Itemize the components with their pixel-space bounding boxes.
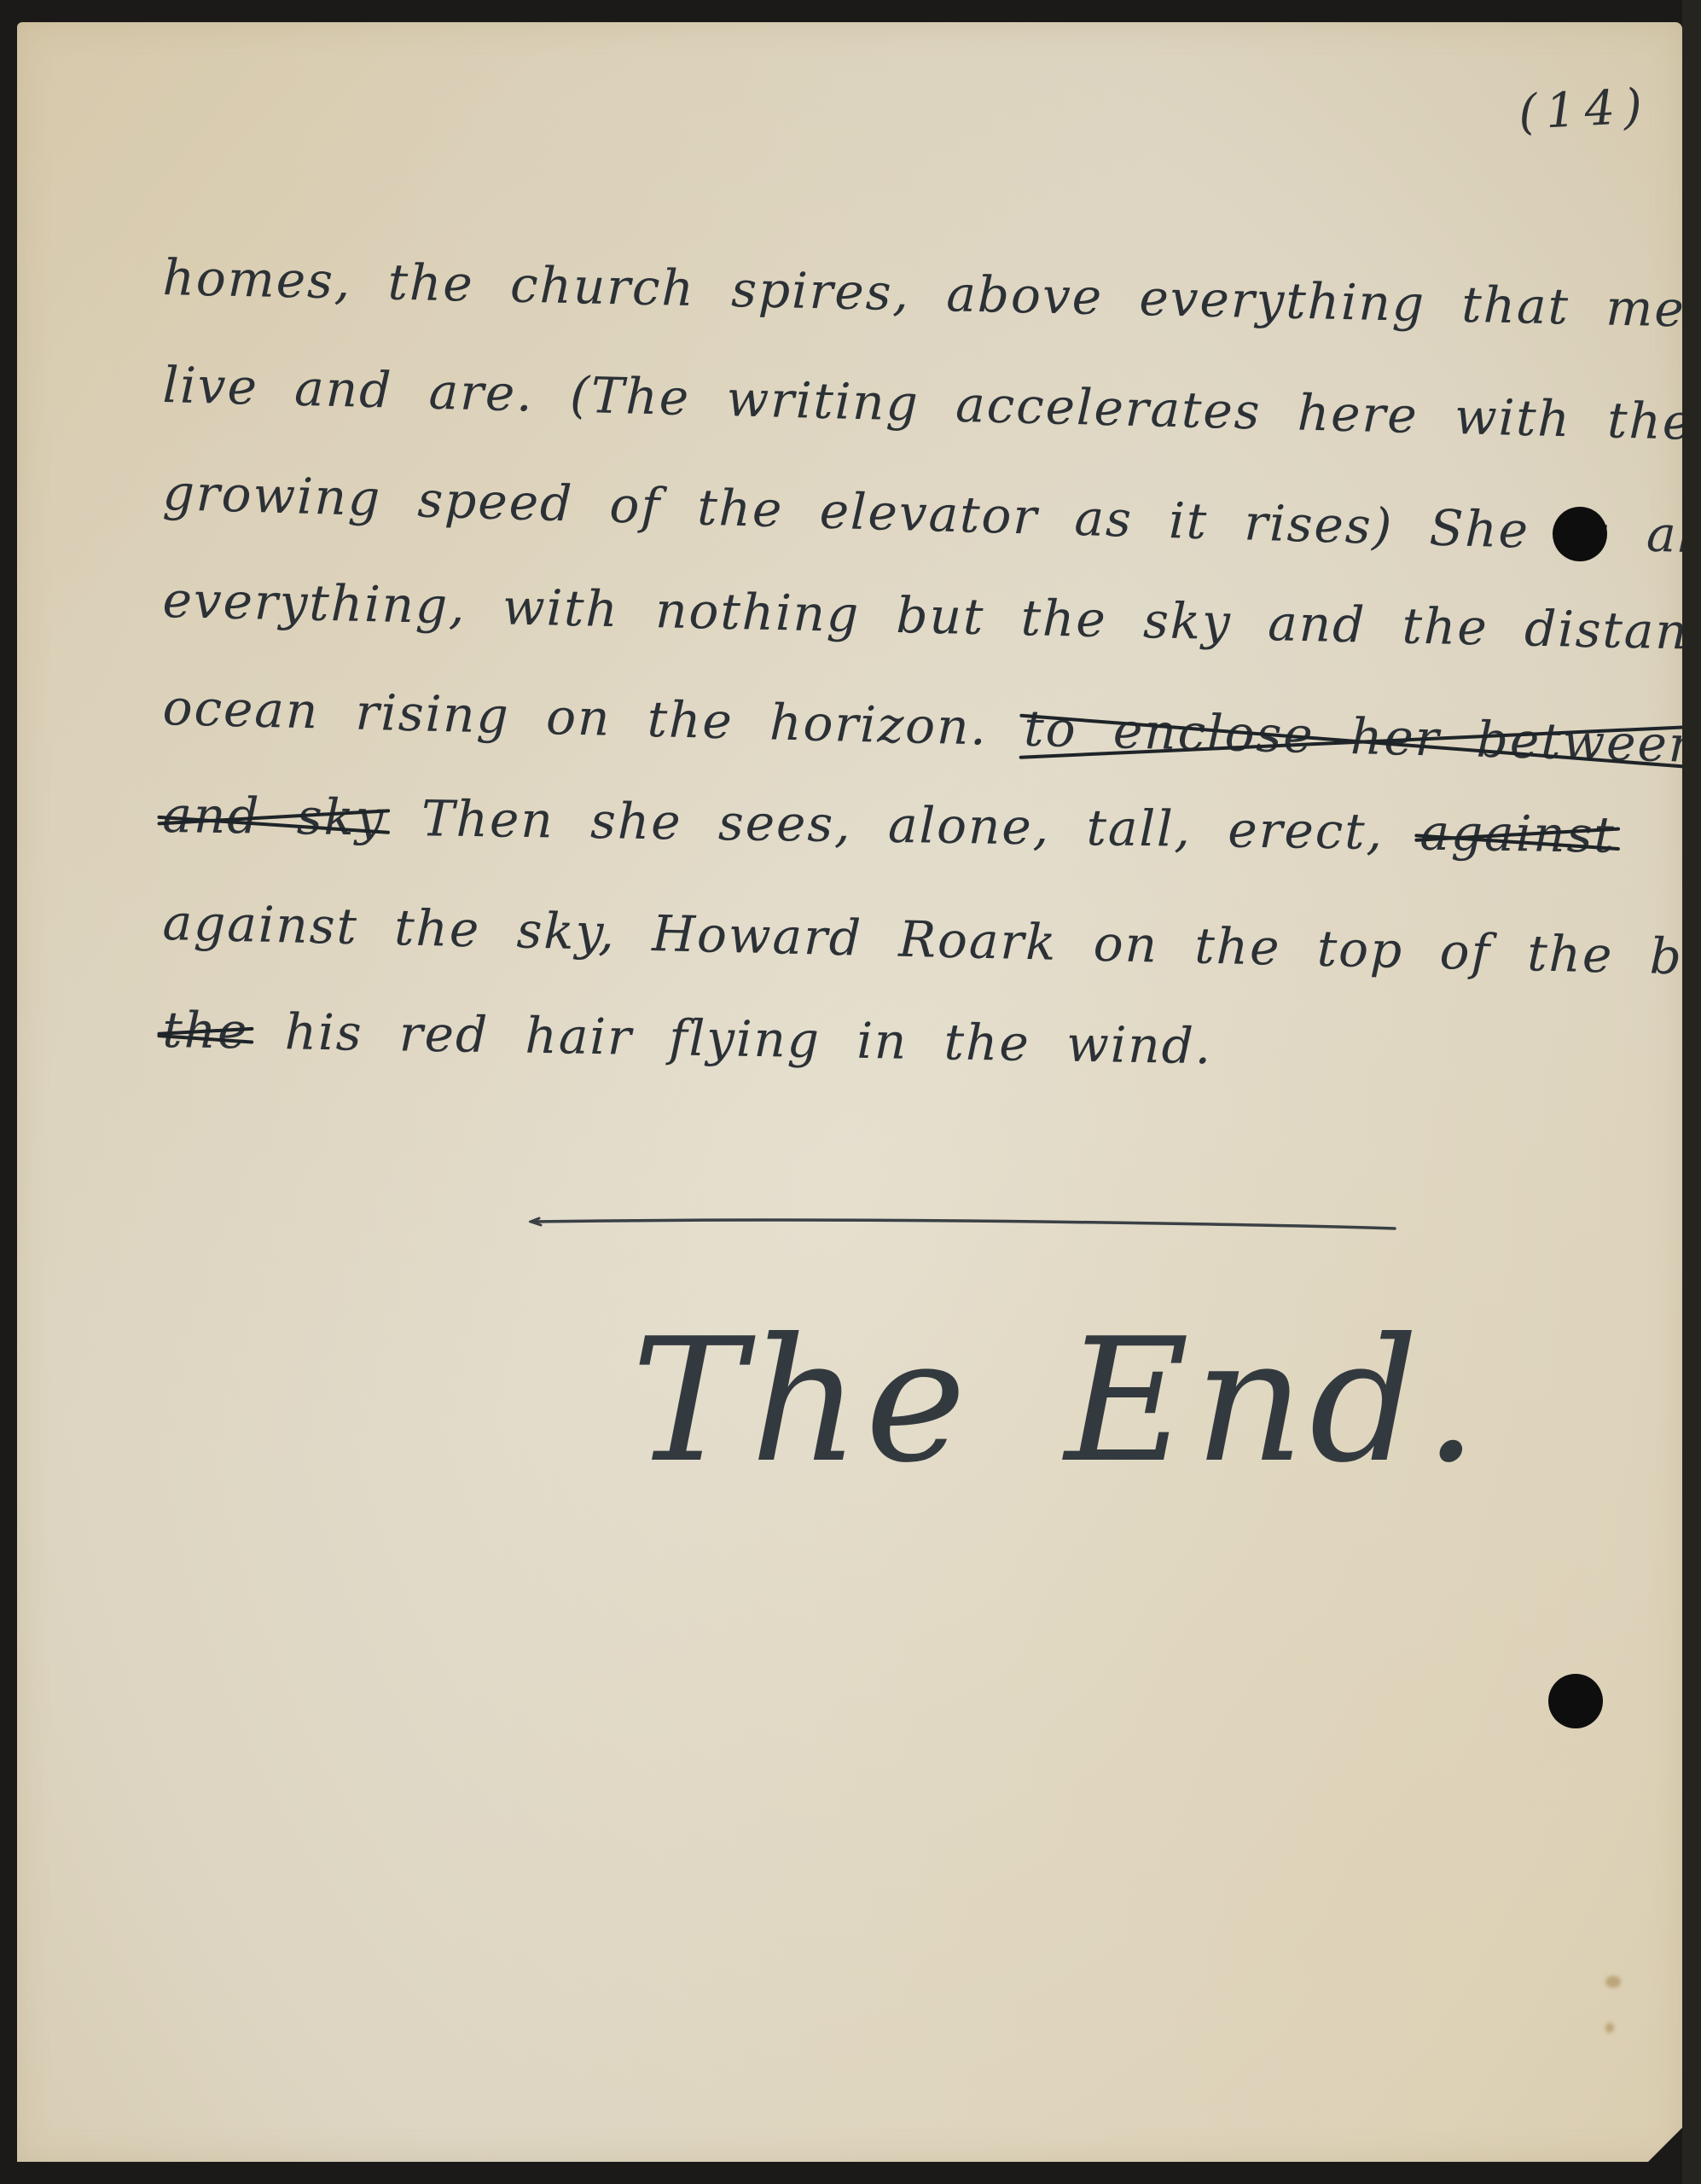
section-divider-line	[529, 1210, 1399, 1235]
paper-stain	[1605, 2023, 1614, 2033]
text-line-8: the his red hair flying in the wind.	[161, 1001, 1647, 1131]
paper-stain	[1605, 1976, 1621, 1988]
struck-through-text: to enclose her between sea	[1024, 700, 1701, 777]
manuscript-paper: (14) homes, the church spires, above eve…	[17, 22, 1682, 2162]
line-text: Then she sees, alone, tall, erect,	[421, 789, 1385, 861]
binder-hole-top	[1553, 507, 1607, 561]
line-text: homes, the church spires, above everythi…	[162, 248, 1701, 344]
struck-through-text: and sky	[162, 786, 386, 847]
text-line-6: and sky Then she sees, alone, tall, erec…	[161, 786, 1647, 914]
scan-edge	[1682, 0, 1701, 2184]
manuscript-text: homes, the church spires, above everythi…	[162, 248, 1646, 1108]
closing-the-end: The End.	[631, 1302, 1483, 1501]
struck-through-text: against	[1419, 804, 1616, 864]
page-number: (14)	[1517, 78, 1652, 141]
binder-hole-bottom	[1548, 1674, 1603, 1728]
struck-through-text: the	[162, 1001, 249, 1060]
scanned-page: (14) homes, the church spires, above eve…	[0, 0, 1701, 2184]
